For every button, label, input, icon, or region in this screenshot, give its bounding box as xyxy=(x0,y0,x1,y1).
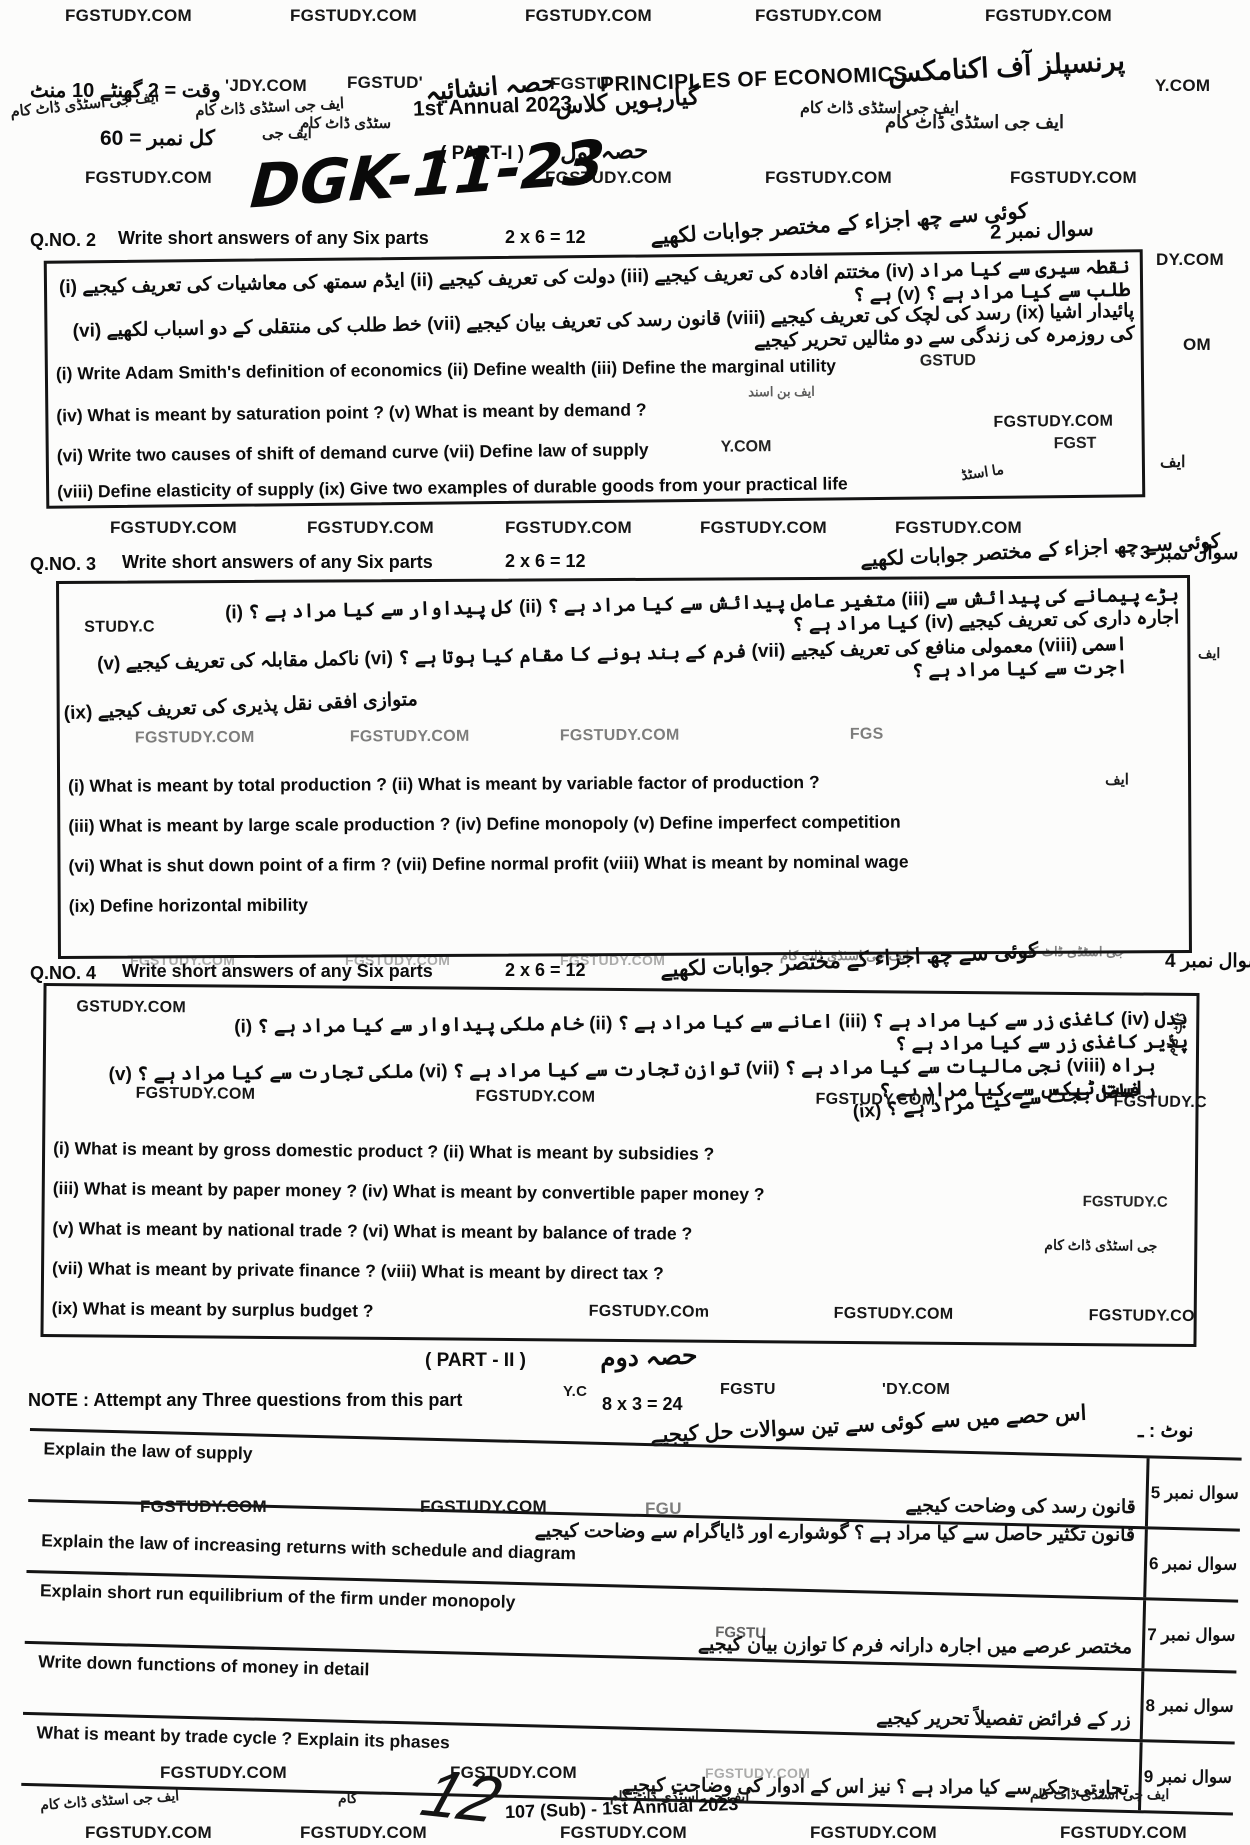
watermark: FGSTUDY.COM xyxy=(505,518,632,538)
part2-note: NOTE : Attempt any Three questions from … xyxy=(28,1390,462,1411)
part2-question-ur: زر کے فرائض تفصیلاً تحریر کیجیے xyxy=(876,1707,1131,1732)
watermark: FGSTUDY.COM xyxy=(140,1497,267,1517)
watermark: FGSTUDY.COM xyxy=(1010,168,1137,188)
watermark: FGSTUDY.COM xyxy=(755,6,882,26)
watermark: FGSTUDY.COM xyxy=(290,6,417,26)
q3-english-line: (vi) What is shut down point of a firm ?… xyxy=(68,852,908,877)
watermark: FGSTUDY.COM xyxy=(993,413,1113,432)
q3-english-line: (ix) Define horizontal mibility xyxy=(69,895,308,917)
watermark-fragment: Y.C xyxy=(563,1383,587,1400)
watermark: FGSTUDY.COM xyxy=(110,518,237,538)
urdu-scribble: ما اسٹڈ xyxy=(960,461,1005,484)
watermark-fragment: 'JDY.COM xyxy=(225,76,307,96)
watermark: FGSTUDY.COM xyxy=(525,6,652,26)
part2-question-en: What is meant by trade cycle ? Explain i… xyxy=(36,1722,450,1753)
q2-title: Write short answers of any Six parts xyxy=(118,228,429,249)
watermark-fragment: ایف xyxy=(1160,452,1185,472)
q4-english-line: (iii) What is meant by paper money ? (iv… xyxy=(53,1178,765,1205)
watermark-fragment: Y.COM xyxy=(1155,76,1210,96)
watermark: FGSTUDY.COM xyxy=(160,1763,287,1783)
q4-english-line: (v) What is meant by national trade ? (v… xyxy=(52,1218,692,1245)
watermark-fragment: FGSTUDY.C xyxy=(1083,1193,1168,1211)
part2-question-ur: قانون تکثیر حاصل سے کیا مراد ہے ؟ گوشوار… xyxy=(534,1520,1135,1547)
q4-title: Write short answers of any Six parts xyxy=(122,961,433,982)
watermark: FGSTUDY.COM xyxy=(476,1088,596,1107)
watermark-fragment: ایف جی xyxy=(262,124,312,142)
q2-number: Q.NO. 2 xyxy=(30,230,96,251)
watermark: FGSTUDY.COM xyxy=(1060,1823,1187,1843)
watermark-fragment: کام xyxy=(338,1790,358,1807)
total-marks: کل نمبر = 60 xyxy=(100,126,215,151)
watermark-fragment: GSTUD xyxy=(920,352,976,371)
q3-box: STUDY.C (i) کل پیداوار سے کیا مراد ہے ؟ … xyxy=(56,575,1192,959)
watermark: FGSTUDY.COM xyxy=(350,728,470,747)
part2-question-number: سوال نمبر 9 xyxy=(1144,1767,1232,1788)
watermark: FGSTUDY.COM xyxy=(136,1085,256,1104)
watermark-fragment: FGS xyxy=(850,726,884,744)
watermark: FGSTUDY.COM xyxy=(705,1765,810,1781)
watermark: FGSTUDY.COM xyxy=(85,168,212,188)
q3-number: Q.NO. 3 xyxy=(30,554,96,575)
watermark-fragment: سٹڈی ڈاٹ کام xyxy=(300,114,391,132)
urdu-scribble: ایف بن اسند xyxy=(748,384,815,401)
q4-english-line: (i) What is meant by gross domestic prod… xyxy=(53,1138,714,1165)
q4-number: Q.NO. 4 xyxy=(30,963,96,984)
watermark: FGSTUDY.COM xyxy=(420,1497,547,1517)
q2-number-urdu: سوال نمبر 2 xyxy=(990,216,1094,245)
q2-english-line: (iv) What is meant by saturation point ?… xyxy=(56,399,646,426)
part2-question-en: Explain the law of increasing returns wi… xyxy=(41,1530,576,1564)
watermark: FGSTUDY.COM xyxy=(700,518,827,538)
q3-title: Write short answers of any Six parts xyxy=(122,552,433,573)
watermark-fragment: STUDY.C xyxy=(84,618,155,636)
part2-question-en: Explain short run equilibrium of the fir… xyxy=(40,1580,516,1613)
q3-english-line: (i) What is meant by total production ? … xyxy=(68,772,820,797)
watermark: FGSTUDY.COM xyxy=(765,168,892,188)
watermark: FGSTUDY.COM xyxy=(810,1823,937,1843)
q2-box: (i) ایڈم سمتھ کی معاشیات کی تعریف کیجیے … xyxy=(44,249,1146,508)
watermark: FGSTUDY.COM xyxy=(307,518,434,538)
watermark-fragment: FGU xyxy=(645,1499,682,1519)
urdu-watermark: ایف جی اسٹڈی ڈاٹ کام xyxy=(1030,1786,1169,1803)
watermark: FGSTUDY.COM xyxy=(895,518,1022,538)
part2-question-ur: قانون رسد کی وضاحت کیجیے xyxy=(905,1494,1136,1519)
part2-note-urdu: اس حصے میں سے کوئی سے تین سوالات حل کیجی… xyxy=(650,1401,1087,1449)
q2-marks: 2 x 6 = 12 xyxy=(505,227,586,248)
watermark-fragment: FGST xyxy=(1054,435,1097,453)
part2-question-number: سوال نمبر 6 xyxy=(1149,1554,1237,1575)
q4-number-urdu: سوال نمبر 4 xyxy=(1165,950,1250,973)
watermark-fragment: Y.COM xyxy=(721,438,772,457)
part2-question-number: سوال نمبر 8 xyxy=(1145,1696,1233,1717)
part2-question-table: Explain the law of supply قانون رسد کی و… xyxy=(21,1428,1241,1816)
part2-question-en: Write down functions of money in detail xyxy=(38,1651,370,1680)
subject-title-urdu: پرنسپلز آف اکنامکس xyxy=(887,46,1125,89)
watermark-fragment: ایف xyxy=(1105,770,1129,788)
watermark-fragment: OM xyxy=(1183,335,1211,355)
q4-urdu-line: (i) خام ملکی پیداوار سے کیا مراد ہے ؟ (i… xyxy=(206,1007,1188,1062)
q3-english-line: (iii) What is meant by large scale produ… xyxy=(68,812,900,837)
watermark: FGSTUDY.COM xyxy=(560,1823,687,1843)
watermark: FGSTUDY.COM xyxy=(300,1823,427,1843)
q3-number-urdu: سوال نمبر 3 xyxy=(1140,542,1238,565)
time-allowed: وقت = 2 گھنٹے 10 منٹ xyxy=(30,78,221,103)
watermark: FGSTUDY.COM xyxy=(560,727,680,746)
q2-english-line: (viii) Define elasticity of supply (ix) … xyxy=(57,473,848,502)
part2-note-prefix-urdu: نوٹ : ـ xyxy=(1138,1420,1193,1443)
part2-question-en: Explain the law of supply xyxy=(43,1438,253,1464)
exam-paper-scan: FGSTUDY.COM FGSTUDY.COM FGSTUDY.COM FGST… xyxy=(0,0,1250,1845)
watermark: FGSTUDY.COM xyxy=(985,6,1112,26)
watermark: FGSTUDY.COM xyxy=(834,1305,954,1324)
watermark-fragment: FGSTUD' xyxy=(347,73,423,93)
watermark-fragment: FGSTUDY.COm xyxy=(589,1303,710,1322)
part2-question-number: سوال نمبر 7 xyxy=(1147,1625,1235,1646)
watermark-fragment: GSTUDY.COM xyxy=(76,998,186,1017)
q2-english-line: (vi) Write two causes of shift of demand… xyxy=(57,439,649,466)
part2-heading-urdu: حصہ دوم xyxy=(600,1340,698,1373)
subject-title: PRINCIPLES OF ECONOMICS xyxy=(600,63,909,98)
watermark-fragment: FGSTUDY.CO xyxy=(1089,1307,1195,1326)
watermark: FGSTUDY.COM xyxy=(85,1823,212,1843)
q2-title-urdu: کوئی سے چھ اجزاء کے مختصر جوابات لکھیے xyxy=(650,199,1029,250)
q3-marks: 2 x 6 = 12 xyxy=(505,551,586,572)
q4-english-line: (ix) What is meant by surplus budget ? xyxy=(52,1298,374,1322)
watermark: FGSTUDY.COM xyxy=(135,729,255,748)
q4-box: GSTUDY.COM (i) خام ملکی پیداوار سے کیا م… xyxy=(40,983,1199,1347)
urdu-scribble: جی اسٹڈی ڈاٹ کام xyxy=(1044,1237,1157,1255)
part2-marks: 8 x 3 = 24 xyxy=(602,1394,683,1415)
q4-marks: 2 x 6 = 12 xyxy=(505,960,586,981)
q4-english-line: (vii) What is meant by private finance ?… xyxy=(52,1258,664,1284)
urdu-watermark: ایف جی اسٹڈی ڈاٹ کام xyxy=(40,1787,180,1814)
watermark-fragment: FGSTU xyxy=(720,1381,776,1399)
watermark-fragment: ایف xyxy=(1198,645,1220,662)
part2-question-ur: مختصر عرصے میں اجارہ دارانہ فرم کا توازن… xyxy=(698,1633,1132,1659)
part2-question-number: سوال نمبر 5 xyxy=(1151,1483,1239,1504)
urdu-watermark: ایف جی اسٹڈی ڈاٹ کام xyxy=(885,112,1064,133)
part2-heading: ( PART - II ) xyxy=(425,1350,526,1372)
watermark-fragment: DY.COM xyxy=(1156,250,1224,270)
watermark: FGSTUDY.COM xyxy=(65,6,192,26)
watermark-fragment: 'DY.COM xyxy=(882,1381,950,1399)
